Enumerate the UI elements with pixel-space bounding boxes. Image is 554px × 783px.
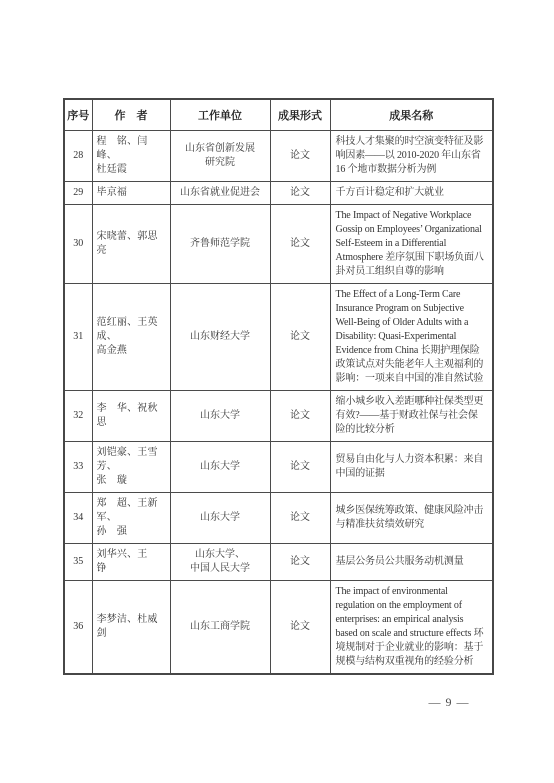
cell-index: 35: [64, 544, 92, 581]
cell-unit: 山东工商学院: [170, 581, 270, 675]
cell-form: 论文: [270, 581, 330, 675]
cell-index: 29: [64, 182, 92, 205]
cell-index: 28: [64, 131, 92, 182]
cell-form: 论文: [270, 544, 330, 581]
table-row: 28 程 铭、闫 峰、 杜廷霞 山东省创新发展 研究院 论文 科技人才集聚的时空…: [64, 131, 493, 182]
cell-authors: 刘华兴、王 铮: [92, 544, 170, 581]
cell-index: 34: [64, 493, 92, 544]
achievements-table: 序号 作 者 工作单位 成果形式 成果名称 28 程 铭、闫 峰、 杜廷霞 山东…: [63, 98, 494, 675]
cell-unit: 山东大学: [170, 442, 270, 493]
table-row: 34 郑 超、王新军、 孙 强 山东大学 论文 城乡医保统筹政策、健康风险冲击与…: [64, 493, 493, 544]
cell-unit: 齐鲁师范学院: [170, 205, 270, 284]
table-row: 30 宋晓蕾、郭思亮 齐鲁师范学院 论文 The Impact of Negat…: [64, 205, 493, 284]
table-row: 36 李梦洁、杜威剑 山东工商学院 论文 The impact of envir…: [64, 581, 493, 675]
cell-authors: 李 华、祝秋思: [92, 391, 170, 442]
cell-title: 城乡医保统筹政策、健康风险冲击与精准扶贫绩效研究: [330, 493, 493, 544]
cell-index: 32: [64, 391, 92, 442]
cell-form: 论文: [270, 493, 330, 544]
cell-unit: 山东大学: [170, 493, 270, 544]
cell-title: The Effect of a Long-Term Care Insurance…: [330, 284, 493, 391]
cell-authors: 李梦洁、杜威剑: [92, 581, 170, 675]
column-header-unit: 工作单位: [170, 99, 270, 131]
cell-authors: 程 铭、闫 峰、 杜廷霞: [92, 131, 170, 182]
cell-form: 论文: [270, 205, 330, 284]
cell-authors: 范红丽、王英成、 高金燕: [92, 284, 170, 391]
cell-unit: 山东省创新发展 研究院: [170, 131, 270, 182]
table-row: 31 范红丽、王英成、 高金燕 山东财经大学 论文 The Effect of …: [64, 284, 493, 391]
cell-form: 论文: [270, 442, 330, 493]
document-page: 序号 作 者 工作单位 成果形式 成果名称 28 程 铭、闫 峰、 杜廷霞 山东…: [0, 0, 554, 783]
table-row: 35 刘华兴、王 铮 山东大学、 中国人民大学 论文 基层公务员公共服务动机测量: [64, 544, 493, 581]
cell-authors: 毕京福: [92, 182, 170, 205]
cell-title: 缩小城乡收入差距哪种社保类型更有效?——基于财政社保与社会保险的比较分析: [330, 391, 493, 442]
cell-title: 贸易自由化与人力资本积累：来自中国的证据: [330, 442, 493, 493]
cell-index: 33: [64, 442, 92, 493]
header-row: 序号 作 者 工作单位 成果形式 成果名称: [64, 99, 493, 131]
cell-authors: 郑 超、王新军、 孙 强: [92, 493, 170, 544]
cell-title: 科技人才集聚的时空演变特征及影响因素——以 2010-2020 年山东省 16 …: [330, 131, 493, 182]
cell-index: 36: [64, 581, 92, 675]
cell-index: 30: [64, 205, 92, 284]
cell-form: 论文: [270, 284, 330, 391]
column-header-form: 成果形式: [270, 99, 330, 131]
cell-index: 31: [64, 284, 92, 391]
cell-unit: 山东大学: [170, 391, 270, 442]
cell-title: The Impact of Negative Workplace Gossip …: [330, 205, 493, 284]
cell-unit: 山东大学、 中国人民大学: [170, 544, 270, 581]
column-header-title: 成果名称: [330, 99, 493, 131]
cell-title: The impact of environmental regulation o…: [330, 581, 493, 675]
column-header-author: 作 者: [92, 99, 170, 131]
cell-form: 论文: [270, 182, 330, 205]
column-header-index: 序号: [64, 99, 92, 131]
cell-unit: 山东财经大学: [170, 284, 270, 391]
cell-form: 论文: [270, 391, 330, 442]
cell-authors: 宋晓蕾、郭思亮: [92, 205, 170, 284]
page-number: — 9 —: [404, 695, 494, 710]
table-row: 32 李 华、祝秋思 山东大学 论文 缩小城乡收入差距哪种社保类型更有效?——基…: [64, 391, 493, 442]
table-row: 29 毕京福 山东省就业促进会 论文 千方百计稳定和扩大就业: [64, 182, 493, 205]
table-row: 33 刘铠豪、王雪芳、 张 璇 山东大学 论文 贸易自由化与人力资本积累：来自中…: [64, 442, 493, 493]
cell-authors: 刘铠豪、王雪芳、 张 璇: [92, 442, 170, 493]
cell-title: 千方百计稳定和扩大就业: [330, 182, 493, 205]
cell-title: 基层公务员公共服务动机测量: [330, 544, 493, 581]
cell-unit: 山东省就业促进会: [170, 182, 270, 205]
cell-form: 论文: [270, 131, 330, 182]
